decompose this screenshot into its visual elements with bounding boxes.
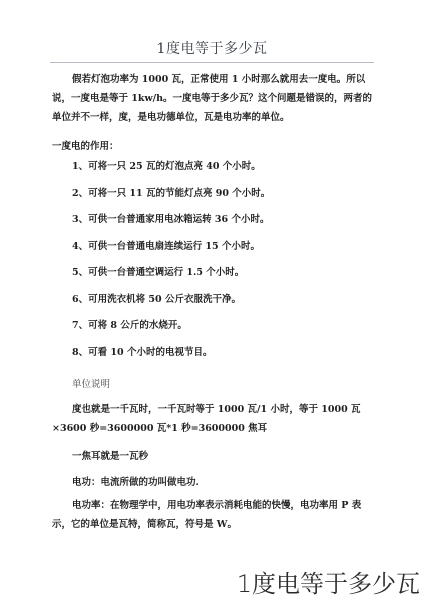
unit-heading: 单位说明: [72, 376, 110, 390]
title-divider: [50, 62, 374, 63]
list-item: 6、可用洗衣机将 50 公斤衣服洗干净。: [72, 293, 270, 320]
document-title: 1度电等于多少瓦: [0, 38, 424, 58]
list-item: 4、可供一台普通电扇连续运行 15 个小时。: [72, 240, 270, 267]
joule-note: 一焦耳就是一瓦秒: [72, 448, 148, 462]
list-item: 2、可将一只 11 瓦的节能灯点亮 90 个小时。: [72, 187, 270, 214]
uses-heading: 一度电的作用：: [52, 138, 119, 152]
uses-list: 1、可将一只 25 瓦的灯泡点亮 40 个小时。 2、可将一只 11 瓦的节能灯…: [72, 160, 270, 372]
list-item: 1、可将一只 25 瓦的灯泡点亮 40 个小时。: [72, 160, 270, 187]
list-item: 5、可供一台普通空调运行 1.5 个小时。: [72, 266, 270, 293]
list-item: 8、可看 10 个小时的电视节目。: [72, 346, 270, 373]
list-item: 3、可供一台普通家用电冰箱运转 36 个小时。: [72, 213, 270, 240]
electric-work-definition: 电功：电流所做的功叫做电功.: [72, 474, 199, 488]
image-caption: 1度电等于多少瓦: [237, 564, 420, 599]
document-page: 1度电等于多少瓦 假若灯泡功率为 1000 瓦，正常使用 1 小时那么就用去一度…: [0, 0, 424, 600]
electric-power-definition: 电功率：在物理学中，用电功率表示消耗电能的快慢，电功率用 P 表示，它的单位是瓦…: [52, 496, 380, 534]
list-item: 7、可将 8 公斤的水烧开。: [72, 319, 270, 346]
unit-definition-paragraph: 度也就是一千瓦时，一千瓦时等于 1000 瓦/1 小时，等于 1000 瓦×36…: [52, 400, 380, 438]
intro-paragraph: 假若灯泡功率为 1000 瓦，正常使用 1 小时那么就用去一度电。所以说，一度电…: [52, 70, 376, 127]
